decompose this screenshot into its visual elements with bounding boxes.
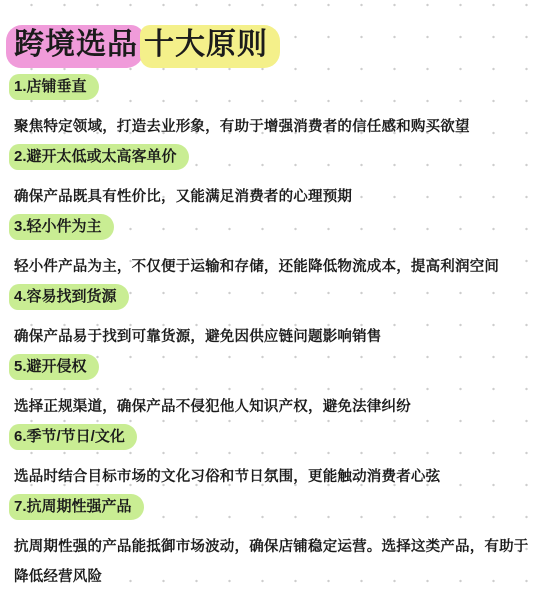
heading-highlight: 4.容易找到货源 [9, 284, 129, 310]
principle-body: 选品时结合目标市场的文化习俗和节日氛围，更能触动消费者心弦 [14, 462, 532, 492]
principle-body: 抗周期性强的产品能抵御市场波动，确保店铺稳定运营。选择这类产品，有助于降低经营风… [14, 532, 532, 592]
page-title: 跨境选品十大原则 [14, 25, 522, 68]
note-page: 跨境选品十大原则 1.店铺垂直 聚焦特定领域，打造去业形象，有助于增强消费者的信… [0, 0, 536, 592]
principle-block-4: 4.容易找到货源 确保产品易于找到可靠货源，避免因供应链问题影响销售 [14, 284, 522, 352]
principle-heading: 2.避开太低或太高客单价 [14, 144, 522, 170]
principle-block-6: 6.季节/节日/文化 选品时结合目标市场的文化习俗和节日氛围，更能触动消费者心弦 [14, 424, 522, 492]
principle-body: 确保产品既具有性价比，又能满足消费者的心理预期 [14, 182, 532, 212]
principle-heading: 3.轻小件为主 [14, 214, 522, 240]
principle-block-3: 3.轻小件为主 轻小件产品为主，不仅便于运输和存储，还能降低物流成本，提高利润空… [14, 214, 522, 282]
title-highlight-yellow: 十大原则 [140, 25, 280, 68]
principle-heading: 1.店铺垂直 [14, 74, 522, 100]
principle-heading: 4.容易找到货源 [14, 284, 522, 310]
principle-body: 选择正规渠道，确保产品不侵犯他人知识产权，避免法律纠纷 [14, 392, 532, 422]
heading-highlight: 5.避开侵权 [9, 354, 99, 380]
principle-block-1: 1.店铺垂直 聚焦特定领域，打造去业形象，有助于增强消费者的信任感和购买欲望 [14, 74, 522, 142]
heading-highlight: 7.抗周期性强产品 [9, 494, 144, 520]
heading-highlight: 2.避开太低或太高客单价 [9, 144, 189, 170]
principle-body: 聚焦特定领域，打造去业形象，有助于增强消费者的信任感和购买欲望 [14, 112, 532, 142]
principle-heading: 7.抗周期性强产品 [14, 494, 522, 520]
principle-heading: 6.季节/节日/文化 [14, 424, 522, 450]
principle-body: 确保产品易于找到可靠货源，避免因供应链问题影响销售 [14, 322, 532, 352]
principle-body: 轻小件产品为主，不仅便于运输和存储，还能降低物流成本，提高利润空间 [14, 252, 532, 282]
heading-highlight: 3.轻小件为主 [9, 214, 114, 240]
heading-highlight: 6.季节/节日/文化 [9, 424, 137, 450]
principle-block-7: 7.抗周期性强产品 抗周期性强的产品能抵御市场波动，确保店铺稳定运营。选择这类产… [14, 494, 522, 592]
principle-heading: 5.避开侵权 [14, 354, 522, 380]
principle-block-2: 2.避开太低或太高客单价 确保产品既具有性价比，又能满足消费者的心理预期 [14, 144, 522, 212]
title-highlight-pink: 跨境选品 [6, 25, 144, 68]
principle-block-5: 5.避开侵权 选择正规渠道，确保产品不侵犯他人知识产权，避免法律纠纷 [14, 354, 522, 422]
heading-highlight: 1.店铺垂直 [9, 74, 99, 100]
